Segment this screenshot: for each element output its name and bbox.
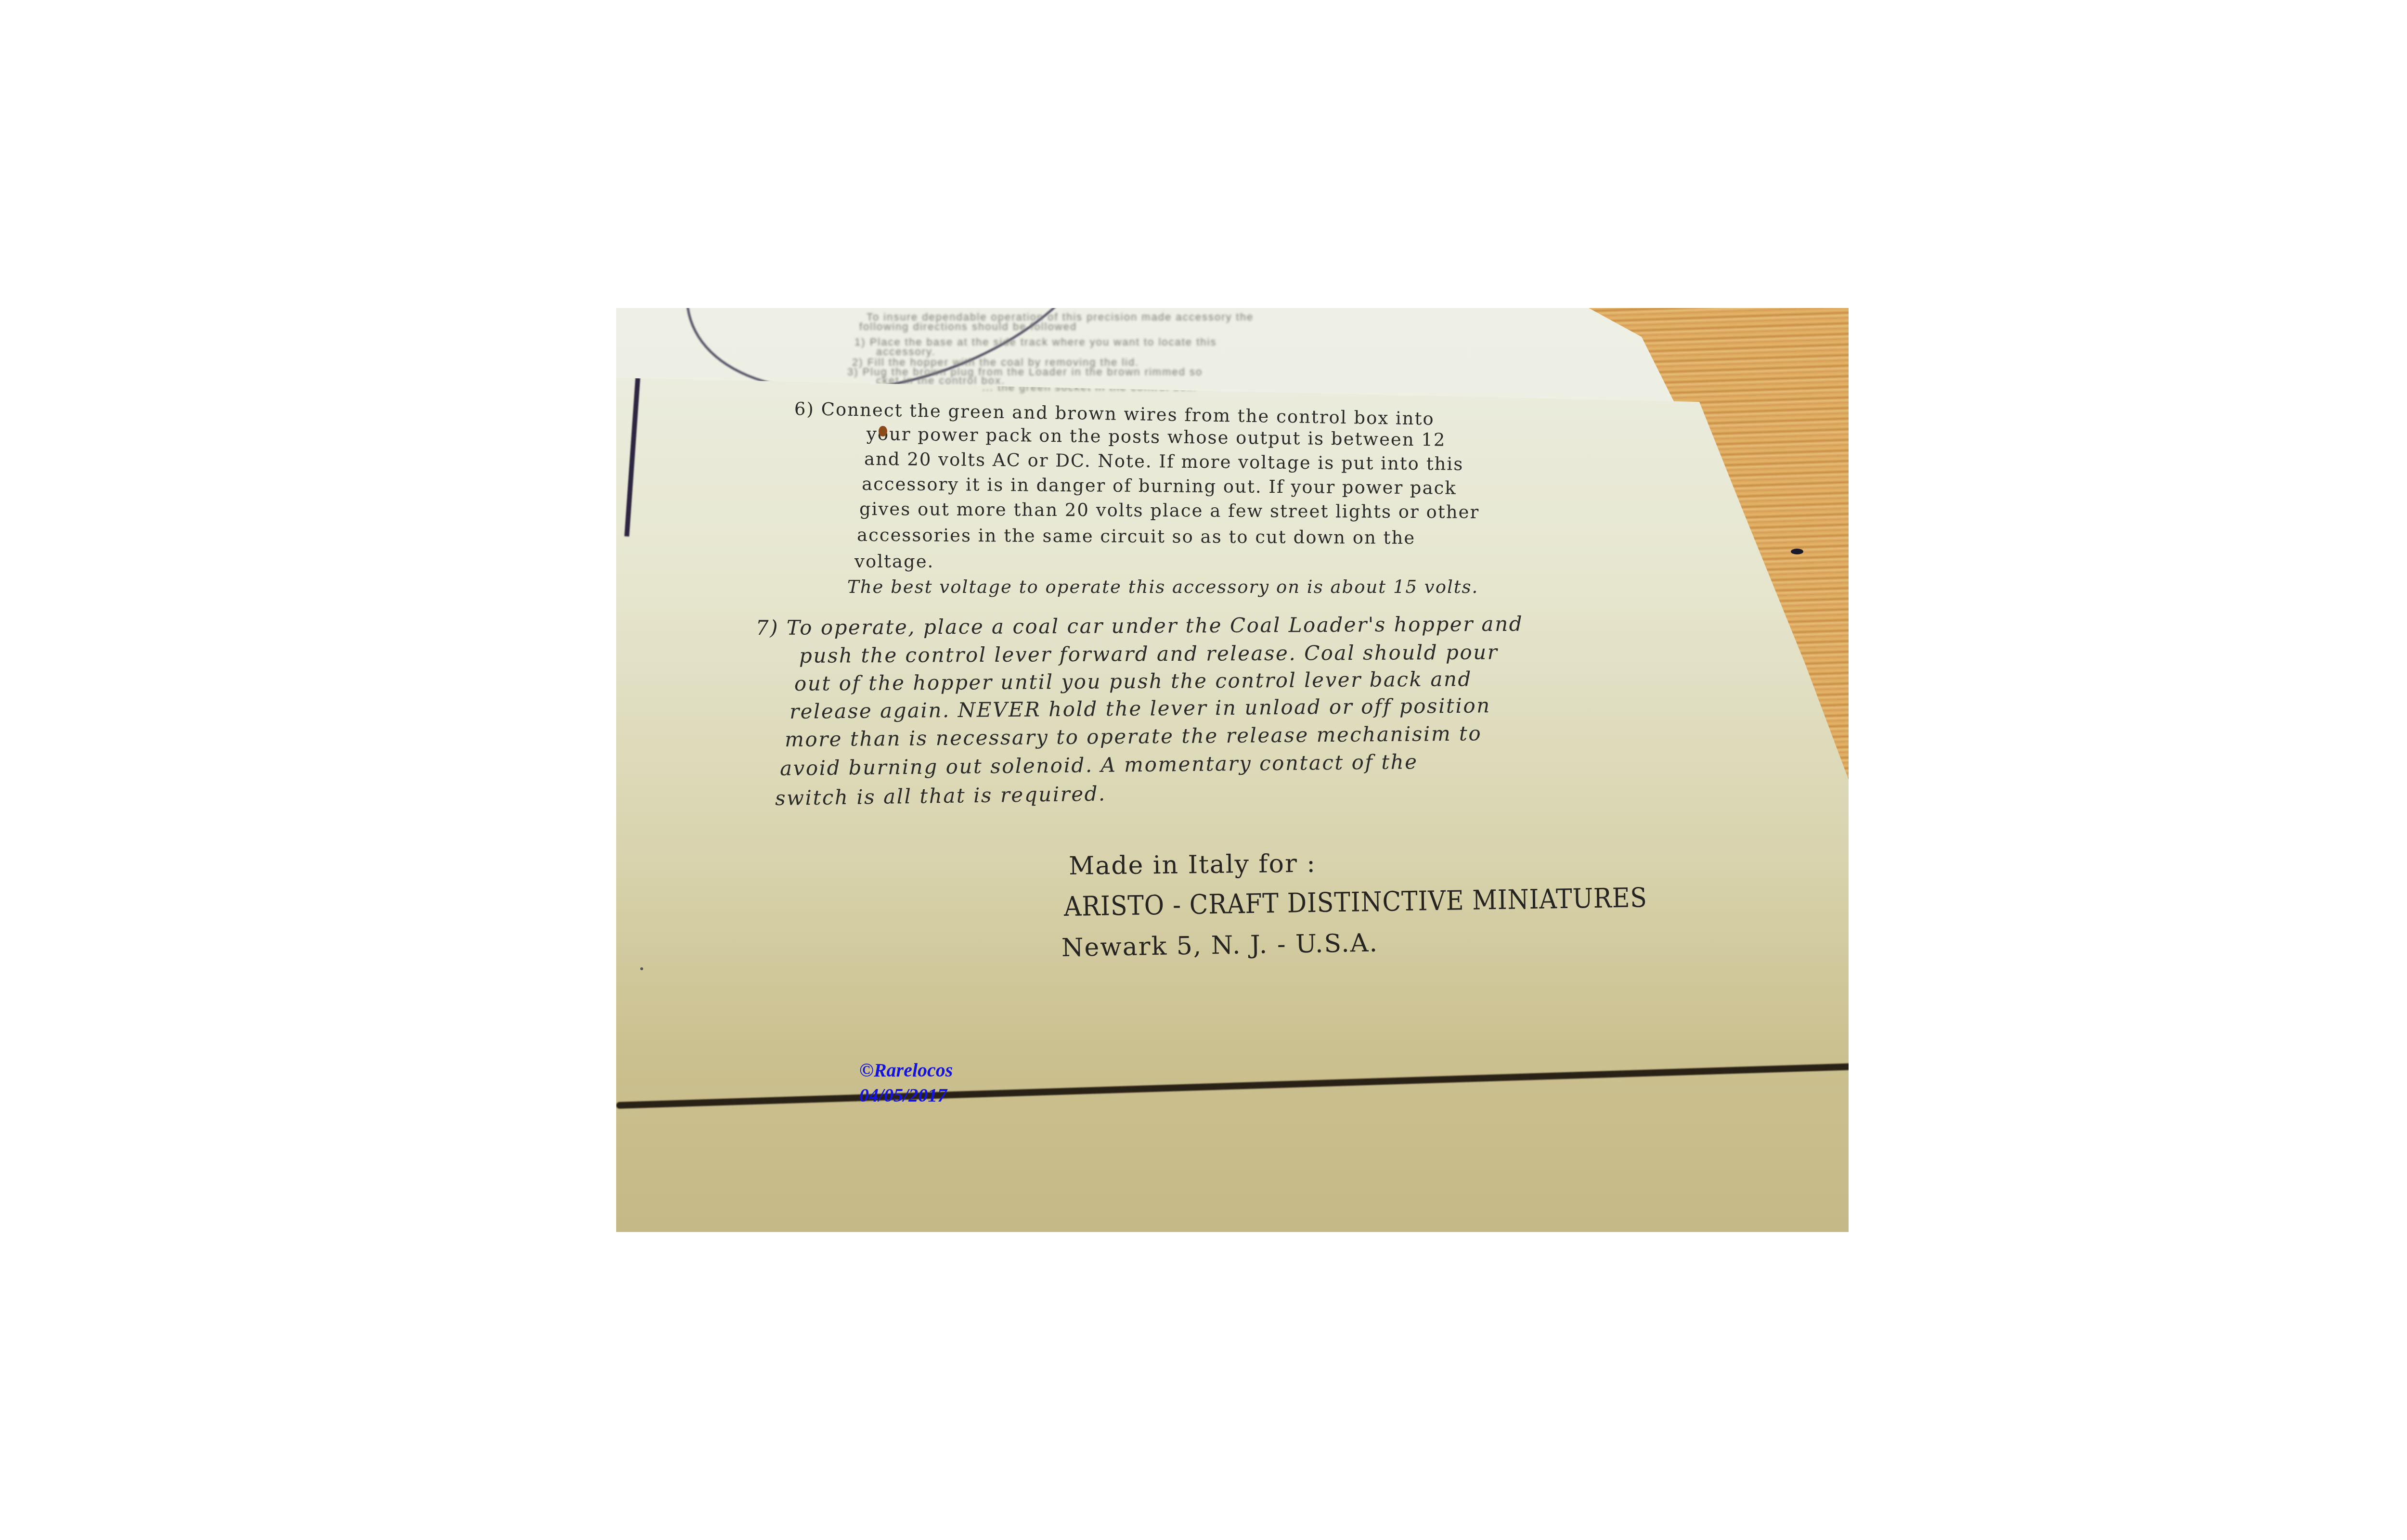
ink-speck: [640, 967, 643, 970]
step7-line-2: push the control lever forward and relea…: [799, 640, 1499, 667]
step6-line-8: The best voltage to operate this accesso…: [847, 577, 1478, 597]
step7-line-5: more than is necessary to operate the re…: [785, 721, 1482, 751]
rust-spot: [879, 426, 887, 436]
watermark-owner: ©Rarelocos: [859, 1059, 953, 1081]
step7-line-1: 7) To operate, place a coal car under th…: [756, 612, 1523, 640]
step6-line-6: accessories in the same circuit so as to…: [857, 525, 1415, 548]
step7-line-3: out of the hopper until you push the con…: [794, 667, 1472, 695]
step6-line-3: and 20 volts AC or DC. Note. If more vol…: [864, 449, 1464, 475]
back-intro-line-2: following directions should be followed: [859, 321, 1077, 333]
fold-line: [616, 1063, 1849, 1109]
photo: To insure dependable operation of this p…: [616, 308, 1849, 1232]
step6-line-4: accessory it is in danger of burning out…: [862, 474, 1457, 499]
front-instruction-sheet: ... the green socket in the control box.…: [616, 308, 1849, 1232]
company-name: ARISTO - CRAFT DISTINCTIVE MINIATURES: [1064, 882, 1648, 923]
step6-line-7: voltage.: [854, 551, 934, 572]
step7-line-4: release again. NEVER hold the lever in u…: [789, 693, 1491, 723]
made-in-italy: Made in Italy for :: [1069, 849, 1317, 881]
step7-line-7: switch is all that is required.: [775, 782, 1106, 810]
step6-line-5: gives out more than 20 volts place a few…: [859, 499, 1479, 523]
table-speck: [1791, 549, 1803, 554]
company-address: Newark 5, N. J. - U.S.A.: [1061, 929, 1379, 962]
step7-line-6: avoid burning out solenoid. A momentary …: [780, 750, 1418, 780]
watermark-date: 04/05/2017: [859, 1084, 947, 1106]
sheet-border-line: [624, 378, 640, 537]
